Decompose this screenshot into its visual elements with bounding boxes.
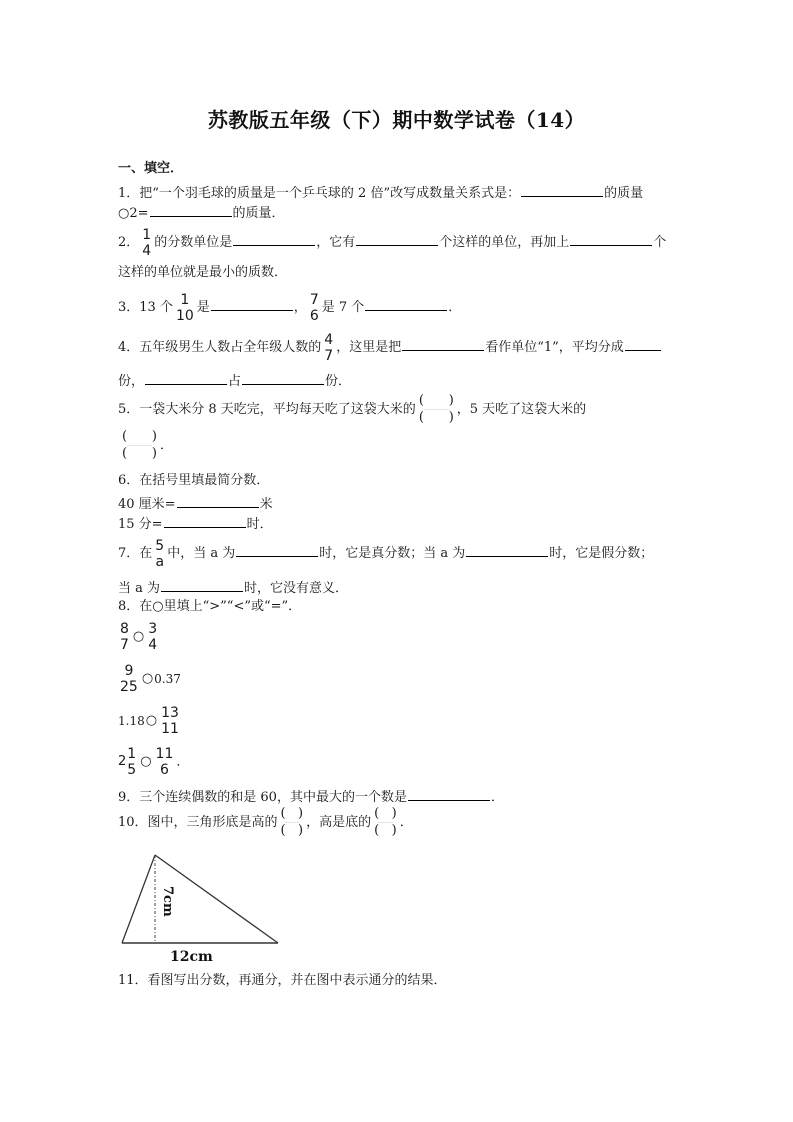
q9-text-1: 9．三个连续偶数的和是 60，其中最大的一个数是 — [118, 790, 407, 805]
q7-l2-text-1: 当 a 为 — [118, 581, 160, 596]
question-4-line-1: 4．五年级男生人数占全年级人数的47，这里是把看作单位“1”，平均分成 — [118, 330, 662, 366]
q7-text-2: 中，当 a 为 — [167, 546, 235, 561]
numerator: 9 — [124, 663, 133, 679]
denominator: 11 — [161, 721, 179, 737]
q2-fraction: 14 — [142, 227, 151, 259]
denominator: 4 — [148, 637, 157, 653]
numerator: 13 — [161, 705, 179, 721]
q3-text-3: 是 7 个 — [322, 300, 365, 315]
q6-a-prefix: 40 厘米= — [118, 497, 176, 512]
denominator: 7 — [324, 348, 333, 364]
triangle-left-side — [122, 855, 155, 943]
q6-b-suffix: 时． — [247, 517, 273, 532]
base-label: 12cm — [170, 949, 213, 965]
q7-blank-1[interactable] — [236, 542, 318, 557]
q7-text-4: 时，它是假分数； — [549, 546, 653, 561]
q4-l2-text-3: 份． — [325, 374, 351, 389]
question-3: 3．13 个110是，76是 7 个． — [118, 290, 461, 326]
numerator: 3 — [148, 621, 157, 637]
q3-fraction-2: 76 — [310, 292, 319, 324]
q3-fraction-1: 110 — [176, 292, 194, 324]
q7-text-1: 7．在 — [118, 546, 152, 561]
compare-circle[interactable]: ○ — [133, 629, 144, 644]
denominator-paren: ( ) — [374, 823, 397, 839]
q5-answer-fraction-2[interactable]: ( )( ) — [122, 429, 157, 462]
q1-blank-2[interactable] — [150, 202, 232, 217]
q4-fraction: 47 — [324, 332, 333, 364]
q3-text-2: ， — [294, 300, 307, 315]
question-6-heading: 6．在括号里填最简分数． — [118, 472, 269, 490]
q5-text-2: ，5 天吃了这袋大米的 — [457, 402, 586, 417]
compare-circle[interactable]: ○ — [142, 671, 153, 686]
q2-number: 2． — [118, 235, 139, 250]
q2-blank-1[interactable] — [233, 231, 315, 246]
q8-end: ． — [176, 755, 189, 770]
q10-text-3: ． — [400, 815, 413, 830]
question-2-line-2: 这样的单位就是最小的质数． — [118, 264, 287, 282]
numerator: 5 — [155, 538, 164, 554]
q1-blank-1[interactable] — [521, 182, 603, 197]
q2-text-1: 的分数单位是 — [154, 235, 232, 250]
question-4-line-2: 份，占份． — [118, 370, 351, 391]
numerator-paren: ( ) — [281, 806, 304, 822]
q4-blank-3[interactable] — [145, 370, 227, 385]
q5-answer-fraction-1[interactable]: ( )( ) — [419, 393, 454, 426]
question-5-line-2: ( )( )． — [122, 428, 173, 464]
q10-answer-fraction-1[interactable]: ( )( ) — [281, 806, 304, 839]
denominator: 5 — [127, 762, 136, 778]
q6-blank-1[interactable] — [177, 493, 259, 508]
q2-text-4: 个 — [653, 235, 666, 250]
numerator: 1 — [180, 292, 189, 308]
denominator: 6 — [160, 762, 169, 778]
q4-text-1: 4．五年级男生人数占全年级人数的 — [118, 340, 321, 355]
q2-blank-2[interactable] — [356, 231, 438, 246]
q7-blank-3[interactable] — [161, 577, 243, 592]
question-2-line-1: 2．14的分数单位是，它有个这样的单位，再加上个 — [118, 226, 666, 260]
numerator: 1 — [127, 746, 136, 762]
right-fraction: 34 — [148, 621, 157, 653]
compare-circle[interactable]: ○ — [140, 754, 151, 769]
q10-text-1: 10．图中，三角形底是高的 — [118, 815, 278, 830]
question-6-b: 15 分=时． — [118, 513, 273, 534]
q1-suffix: 的质量 — [604, 186, 643, 201]
q6-blank-2[interactable] — [164, 513, 246, 528]
q5-end: ． — [160, 438, 173, 453]
left-fraction: 925 — [120, 663, 138, 695]
question-7-line-1: 7．在5a中，当 a 为时，它是真分数；当 a 为时，它是假分数； — [118, 536, 653, 572]
q6-b-prefix: 15 分= — [118, 517, 163, 532]
denominator: 4 — [142, 243, 151, 259]
numerator-paren: ( ) — [419, 393, 454, 409]
q2-text-2: ，它有 — [316, 235, 355, 250]
height-label: 7cm — [160, 886, 175, 917]
q7-fraction: 5a — [155, 538, 164, 570]
right-fraction: 1311 — [161, 705, 179, 737]
denominator: 7 — [120, 637, 129, 653]
q4-blank-1[interactable] — [402, 336, 484, 351]
triangle-figure: 7cm 12cm — [118, 850, 288, 965]
q4-text-2: ，这里是把 — [336, 340, 401, 355]
q7-l2-text-2: 时，它没有意义． — [244, 581, 348, 596]
q3-text-4: ． — [448, 300, 461, 315]
q1-l2-prefix: ○2= — [118, 206, 149, 221]
question-8-heading: 8．在○里填上“>”“<”或“=”． — [118, 598, 301, 616]
q5-text-1: 5．一袋大米分 8 天吃完，平均每天吃了这袋大米的 — [118, 402, 416, 417]
compare-circle[interactable]: ○ — [146, 713, 157, 728]
mixed-whole: 2 — [118, 754, 126, 769]
q8-compare-2: 925○0.37 — [120, 662, 181, 697]
exam-page: 苏教版五年级（下）期中数学试卷（14） 一、填空． 1．把“一个羽毛球的质量是一… — [0, 0, 793, 1122]
question-1-line-1: 1．把“一个羽毛球的质量是一个乒乓球的 2 倍”改写成数量关系式是：的质量 — [118, 182, 643, 203]
q9-text-2: ． — [491, 790, 504, 805]
denominator-paren: ( ) — [281, 823, 304, 839]
numerator: 4 — [324, 332, 333, 348]
q8-compare-3: 1.18○1311 — [118, 704, 182, 739]
numerator: 8 — [120, 621, 129, 637]
q10-answer-fraction-2[interactable]: ( )( ) — [374, 806, 397, 839]
q3-number: 3．13 个 — [118, 300, 173, 315]
q4-blank-2[interactable] — [625, 336, 661, 351]
question-5-line-1: 5．一袋大米分 8 天吃完，平均每天吃了这袋大米的( )( )，5 天吃了这袋大… — [118, 392, 586, 428]
numerator: 1 — [142, 227, 151, 243]
section-heading: 一、填空． — [118, 160, 183, 178]
question-9: 9．三个连续偶数的和是 60，其中最大的一个数是． — [118, 786, 504, 807]
right-value: 0.37 — [154, 672, 181, 686]
q10-text-2: ，高是底的 — [306, 815, 371, 830]
q7-text-3: 时，它是真分数；当 a 为 — [319, 546, 465, 561]
question-6-a: 40 厘米=米 — [118, 493, 273, 514]
numerator: 11 — [156, 746, 174, 762]
q9-blank[interactable] — [408, 786, 490, 801]
denominator-paren: ( ) — [122, 446, 157, 462]
q8-compare-4: 215○116． — [118, 745, 189, 780]
q7-blank-2[interactable] — [466, 542, 548, 557]
q2-text-3: 个这样的单位，再加上 — [439, 235, 569, 250]
numerator: 7 — [310, 292, 319, 308]
question-1-line-2: ○2=的质量． — [118, 202, 285, 223]
denominator: 6 — [310, 308, 319, 324]
q3-blank-2[interactable] — [365, 296, 447, 311]
q4-blank-4[interactable] — [242, 370, 324, 385]
q3-blank-1[interactable] — [211, 296, 293, 311]
right-fraction: 116 — [156, 746, 174, 778]
page-title: 苏教版五年级（下）期中数学试卷（14） — [0, 104, 793, 133]
q8-compare-1: 87○34 — [120, 620, 160, 655]
numerator-paren: ( ) — [122, 429, 157, 445]
denominator: a — [155, 554, 164, 570]
q4-l2-text-2: 占 — [228, 374, 241, 389]
left-fraction: 87 — [120, 621, 129, 653]
denominator: 10 — [176, 308, 194, 324]
q1-text: 1．把“一个羽毛球的质量是一个乒乓球的 2 倍”改写成数量关系式是： — [118, 186, 520, 201]
numerator-paren: ( ) — [374, 806, 397, 822]
question-10: 10．图中，三角形底是高的( )( )，高是底的( )( )． — [118, 806, 413, 840]
q3-text-1: 是 — [197, 300, 210, 315]
left-value: 1.18 — [118, 714, 145, 728]
q1-l2-suffix: 的质量． — [233, 206, 285, 221]
denominator-paren: ( ) — [419, 410, 454, 426]
question-7-line-2: 当 a 为时，它没有意义． — [118, 577, 348, 598]
q4-text-3: 看作单位“1”，平均分成 — [485, 340, 624, 355]
q6-a-suffix: 米 — [260, 497, 273, 512]
q4-l2-text-1: 份， — [118, 374, 144, 389]
question-11: 11．看图写出分数，再通分，并在图中表示通分的结果． — [118, 972, 447, 990]
denominator: 25 — [120, 679, 138, 695]
q2-blank-3[interactable] — [570, 231, 652, 246]
left-fraction: 15 — [127, 746, 136, 778]
